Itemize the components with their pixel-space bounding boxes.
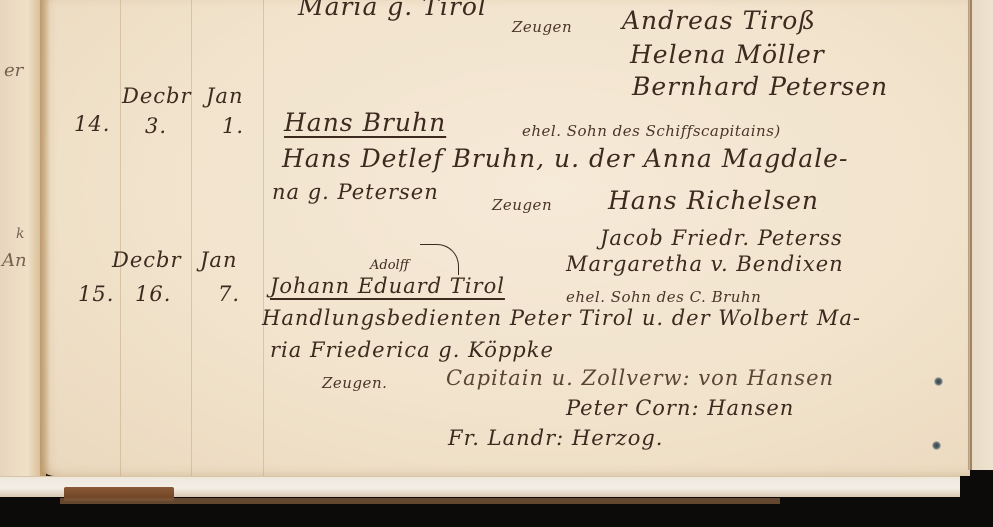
record-text: ria Friederica g. Köppke: [270, 338, 554, 362]
paper-hole: [932, 441, 941, 450]
record-text: ehel. Sohn des C. Bruhn: [566, 288, 761, 306]
carryover-mother-name: Maria g. Tirol: [298, 0, 487, 21]
witness-name: Andreas Tiroß: [622, 6, 816, 35]
column-rule-number: [120, 0, 121, 480]
witnesses-label: Zeugen.: [322, 374, 387, 392]
witness-name: Jacob Friedr. Peterss: [600, 226, 843, 250]
witness-name: Helena Möller: [630, 40, 825, 69]
paper-hole: [934, 377, 943, 386]
baptism-day: 7.: [218, 282, 240, 306]
column-rule-birth: [191, 0, 192, 480]
next-page-edge: [968, 0, 993, 470]
binding-edge: [60, 498, 780, 504]
witness-name: Bernhard Petersen: [632, 72, 888, 101]
gutter-shadow: [40, 0, 50, 476]
witness-name: Peter Corn: Hansen: [566, 396, 794, 420]
witnesses-label: Zeugen: [512, 18, 572, 36]
record-text: Hans Detlef Bruhn, u. der Anna Magdale-: [282, 144, 848, 173]
witnesses-label: Zeugen: [492, 196, 552, 214]
margin-fragment: er: [4, 60, 23, 81]
margin-fragment: An: [2, 250, 27, 271]
entry-number: 15.: [78, 282, 114, 306]
baptism-month: Jan: [200, 248, 237, 272]
witness-name: Hans Richelsen: [608, 186, 819, 215]
witness-name: Margaretha v. Bendixen: [566, 252, 844, 276]
birth-month: Decbr: [112, 248, 182, 272]
margin-fragment: k: [16, 226, 24, 242]
child-name: Johann Eduard Tirol: [270, 274, 505, 298]
birth-month: Decbr: [122, 84, 192, 108]
column-rule-baptism: [263, 0, 264, 480]
witness-name: Capitain u. Zollverw: von Hansen: [446, 366, 834, 390]
birth-day: 16.: [135, 282, 171, 306]
record-text: na g. Petersen: [272, 180, 439, 204]
record-text: Handlungsbedienten Peter Tirol u. der Wo…: [262, 306, 861, 330]
entry-number: 14.: [74, 112, 110, 136]
witness-name: Fr. Landr: Herzog.: [448, 426, 663, 450]
interlinear-correction: Adolff: [370, 258, 409, 273]
register-scan: er k An Maria g. Tirol Zeugen Andreas Ti…: [0, 0, 993, 527]
record-text: ehel. Sohn des Schiffscapitains): [522, 122, 781, 140]
child-name: Hans Bruhn: [284, 108, 446, 137]
baptism-day: 1.: [222, 114, 244, 138]
baptism-month: Jan: [206, 84, 243, 108]
birth-day: 3.: [145, 114, 167, 138]
